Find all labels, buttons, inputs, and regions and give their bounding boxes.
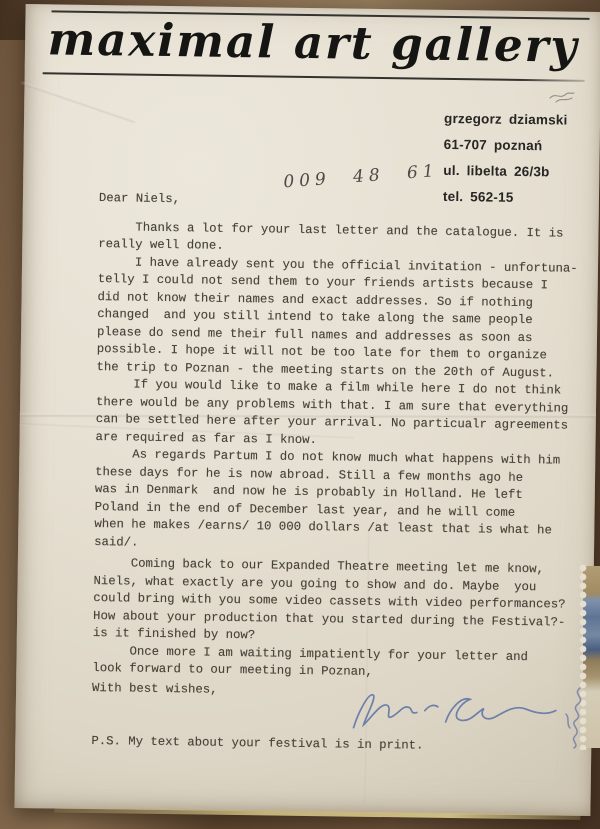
contact-street: ul. libelta 26/3b [443,158,567,186]
signature-scrawl [347,686,562,737]
letter-paragraph: I have already sent you the official inv… [96,254,582,383]
gallery-title: maximal art gallery [25,12,600,73]
letter-paragraph: Thanks a lot for your last letter and th… [98,219,582,261]
letter-page: maximal art gallery grzegorz dziamski 61… [14,4,600,816]
letter-paragraph: Once more I am waiting impatiently for y… [92,643,576,685]
letterhead-bottom-rule [43,72,585,82]
contact-name: grzegorz dziamski [444,106,568,134]
letter-body: Dear Niels, Thanks a lot for your last l… [91,190,583,757]
letter-paragraph: Coming back to our Expanded Theatre meet… [93,555,578,649]
letter-paragraph: As regards Partum I do not know much wha… [94,446,579,558]
paper-crease-corner [21,82,136,124]
postscript-line: P.S. My text about your festival is in p… [91,733,575,757]
contact-postal: 61-707 poznań [444,132,568,160]
handwritten-number: 009 48 61 [283,161,440,192]
pencil-mark [548,88,576,106]
letter-paragraph: If you would like to make a film while h… [95,376,580,453]
margin-scribble [556,684,592,752]
photo-backdrop: maximal art gallery grzegorz dziamski 61… [0,0,600,829]
